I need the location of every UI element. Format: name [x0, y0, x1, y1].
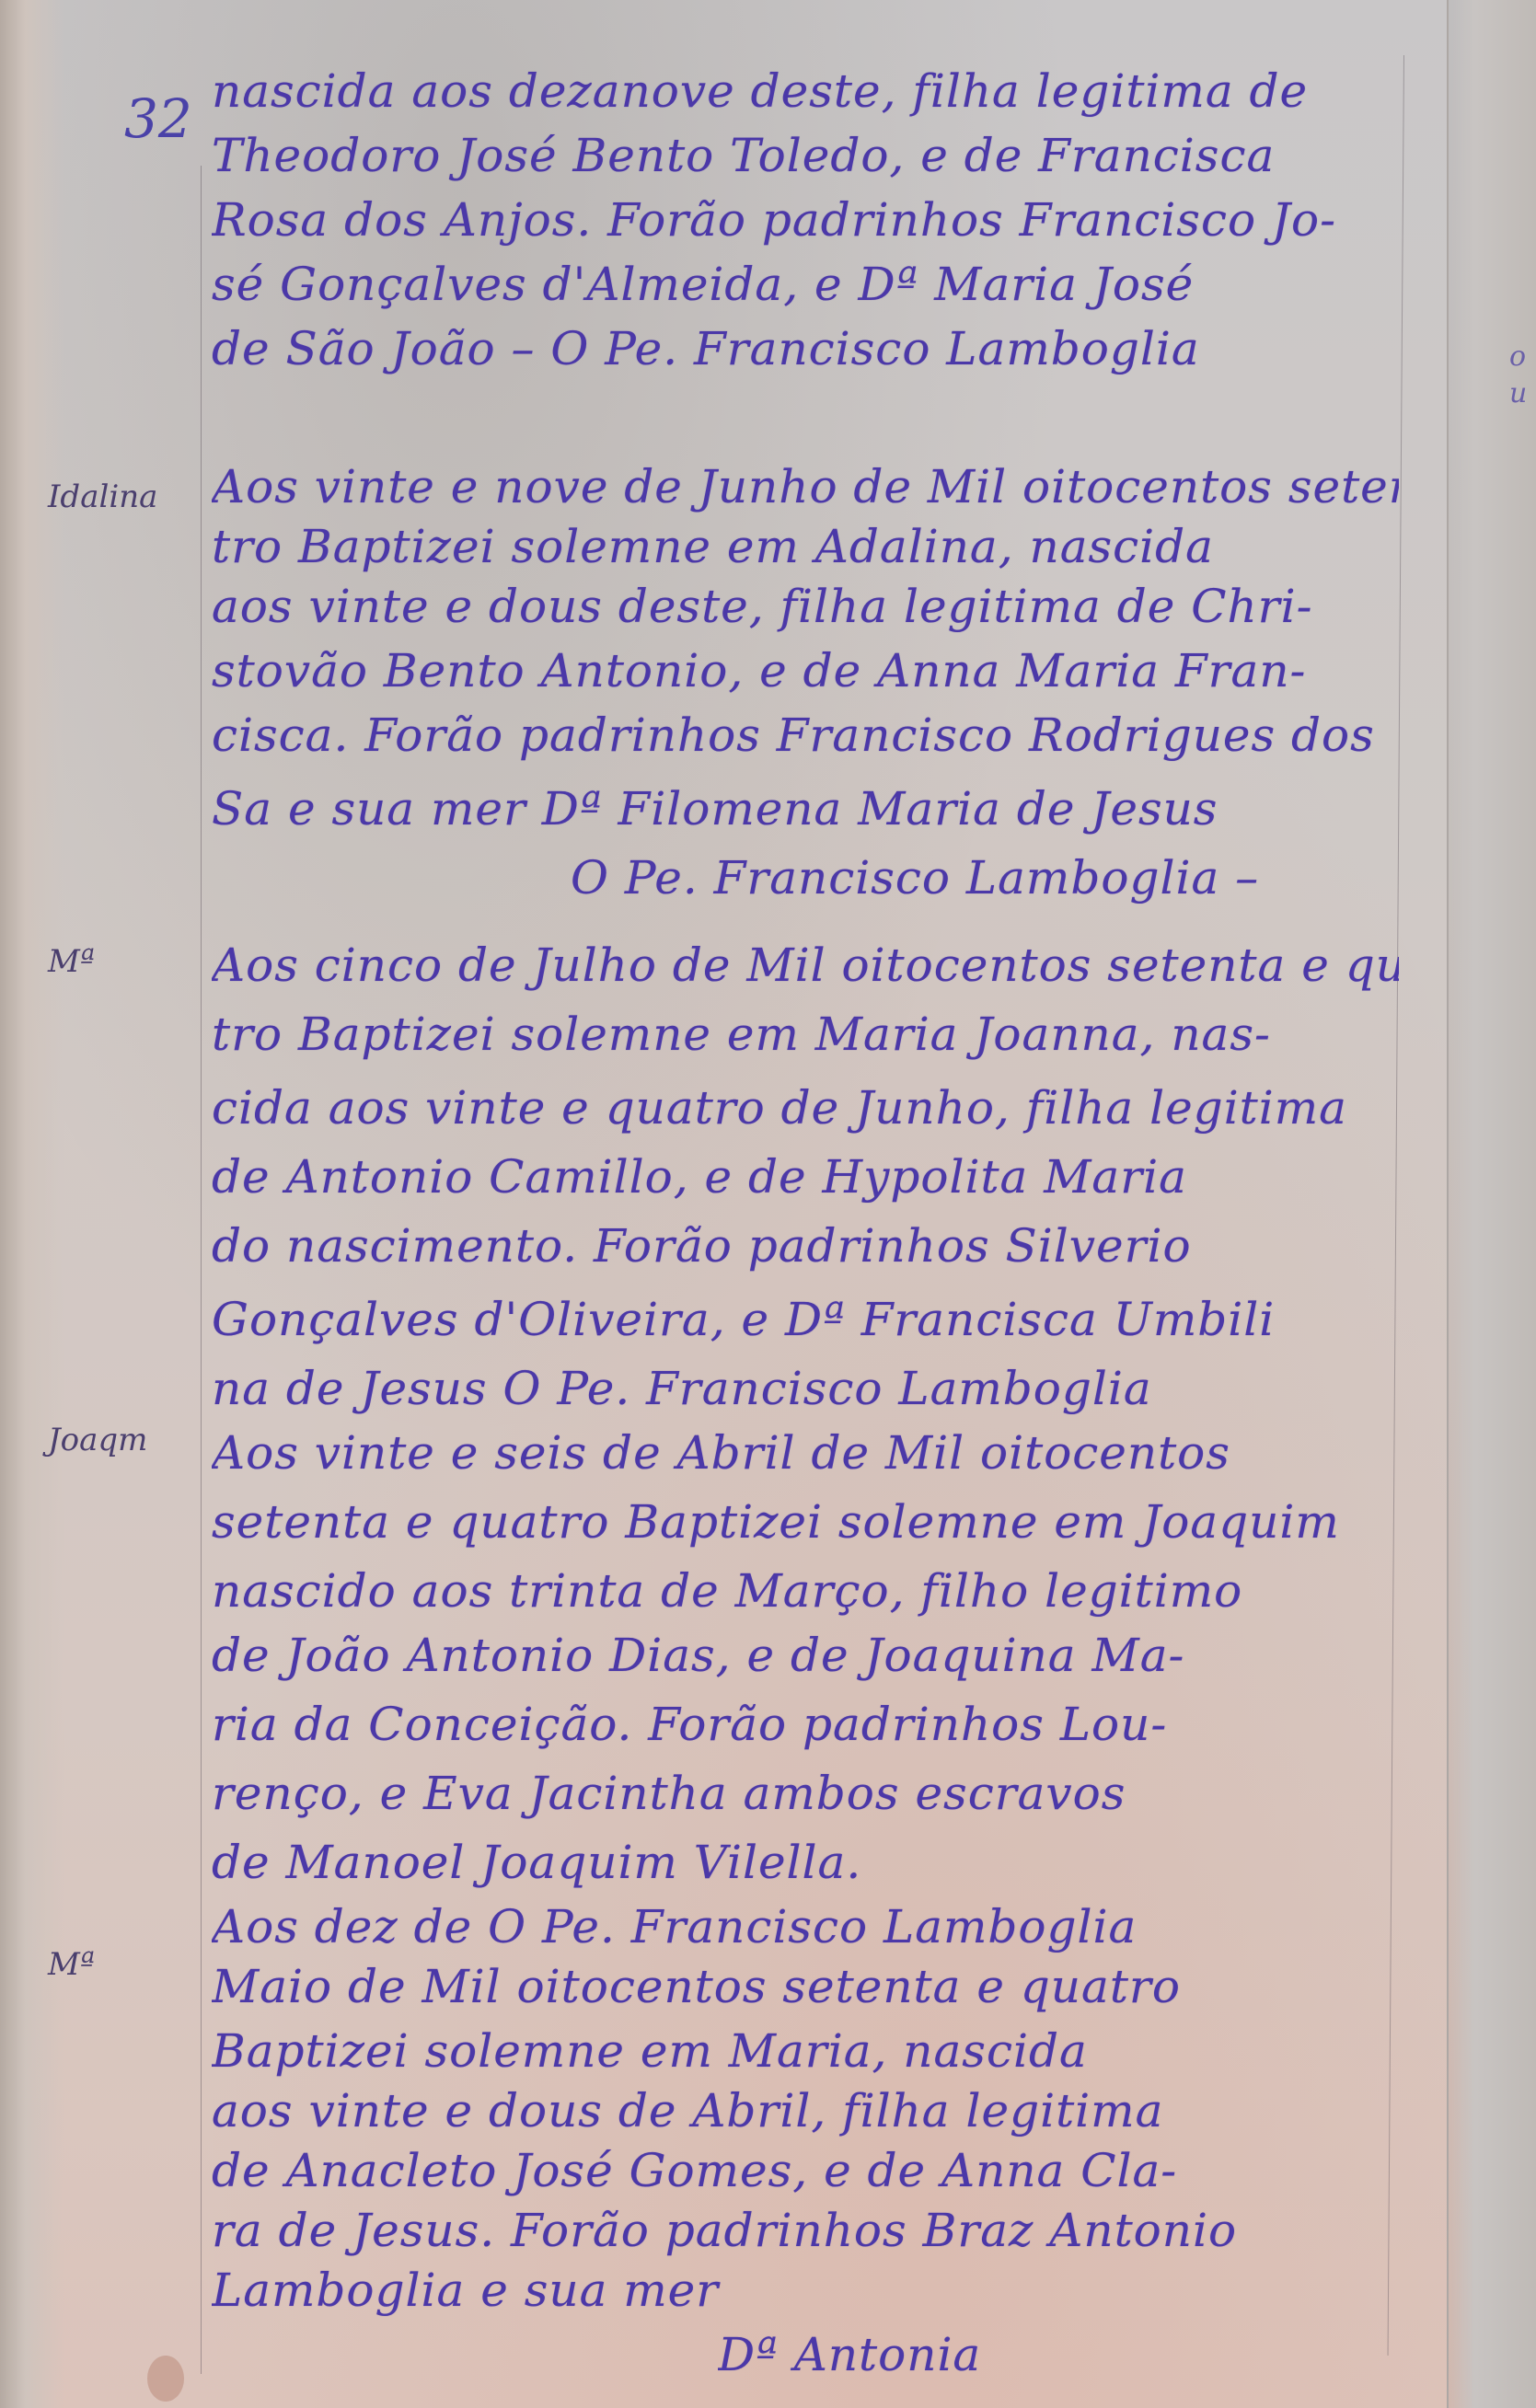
entry-line: de Manoel Joaquim Vilella.: [212, 1836, 1399, 1889]
entry-line: stovão Bento Antonio, e de Anna Maria Fr…: [212, 644, 1399, 697]
entry-line: Lamboglia e sua mer: [212, 2264, 1399, 2317]
entry-line: Aos vinte e seis de Abril de Mil oitocen…: [212, 1426, 1399, 1480]
entry-line: tro Baptizei solemne em Maria Joanna, na…: [212, 1008, 1399, 1061]
priest-signature: O Pe. Francisco Lamboglia –: [571, 851, 1536, 904]
entry-line: Aos vinte e nove de Junho de Mil oitocen…: [212, 460, 1399, 513]
entry-line: Aos cinco de Julho de Mil oitocentos set…: [212, 939, 1399, 992]
margin-name-maria: Mª: [48, 943, 95, 980]
entry-line: Gonçalves d'Oliveira, e Dª Francisca Umb…: [212, 1293, 1399, 1346]
margin-name-maria-2: Mª: [48, 1946, 95, 1983]
adjacent-page-mark: o: [1509, 340, 1526, 373]
entry-line: de São João – O Pe. Francisco Lamboglia: [212, 322, 1399, 375]
entry-line: Maio de Mil oitocentos setenta e quatro: [212, 1960, 1399, 2013]
entry-line: Sa e sua mer Dª Filomena Maria de Jesus: [212, 782, 1399, 835]
entry-line: tro Baptizei solemne em Adalina, nascida: [212, 520, 1399, 573]
margin-name-joaquim: Joaqm: [48, 1422, 147, 1458]
adjacent-page-mark: u: [1509, 377, 1527, 409]
margin-rule: [201, 166, 202, 2374]
entry-line: de Antonio Camillo, e de Hypolita Maria: [212, 1150, 1399, 1204]
margin-name-idalina: Idalina: [48, 478, 157, 515]
binding-edge: [0, 0, 64, 2408]
entry-line: de João Antonio Dias, e de Joaquina Ma-: [212, 1629, 1399, 1682]
page-number: 32: [124, 87, 192, 150]
entry-line: de Anacleto José Gomes, e de Anna Cla-: [212, 2144, 1399, 2197]
entry-line: cida aos vinte e quatro de Junho, filha …: [212, 1081, 1399, 1135]
entry-line: Aos dez de O Pe. Francisco Lamboglia: [212, 1900, 1399, 1953]
entry-line: renço, e Eva Jacintha ambos escravos: [212, 1767, 1399, 1820]
entry-line: Theodoro José Bento Toledo, e de Francis…: [212, 129, 1399, 182]
entry-line: setenta e quatro Baptizei solemne em Joa…: [212, 1495, 1399, 1549]
entry-line: nascido aos trinta de Março, filho legit…: [212, 1564, 1399, 1618]
entry-line: ra de Jesus. Forão padrinhos Braz Antoni…: [212, 2204, 1399, 2257]
entry-line: aos vinte e dous de Abril, filha legitim…: [212, 2084, 1399, 2137]
paper-stain: [147, 2356, 184, 2402]
entry-line: nascida aos dezanove deste, filha legiti…: [212, 64, 1399, 118]
entry-line: ria da Conceição. Forão padrinhos Lou-: [212, 1698, 1399, 1751]
godmother-signature: Dª Antonia: [718, 2328, 1536, 2381]
entry-line: na de Jesus O Pe. Francisco Lamboglia: [212, 1362, 1399, 1415]
entry-line: cisca. Forão padrinhos Francisco Rodrigu…: [212, 709, 1399, 762]
entry-line: sé Gonçalves d'Almeida, e Dª Maria José: [212, 258, 1399, 311]
entry-line: do nascimento. Forão padrinhos Silverio: [212, 1219, 1399, 1273]
entry-line: aos vinte e dous deste, filha legitima d…: [212, 580, 1399, 633]
entry-line: Baptizei solemne em Maria, nascida: [212, 2024, 1399, 2078]
register-page: 32 nascida aos dezanove deste, filha leg…: [0, 0, 1536, 2408]
entry-line: Rosa dos Anjos. Forão padrinhos Francisc…: [212, 193, 1399, 247]
